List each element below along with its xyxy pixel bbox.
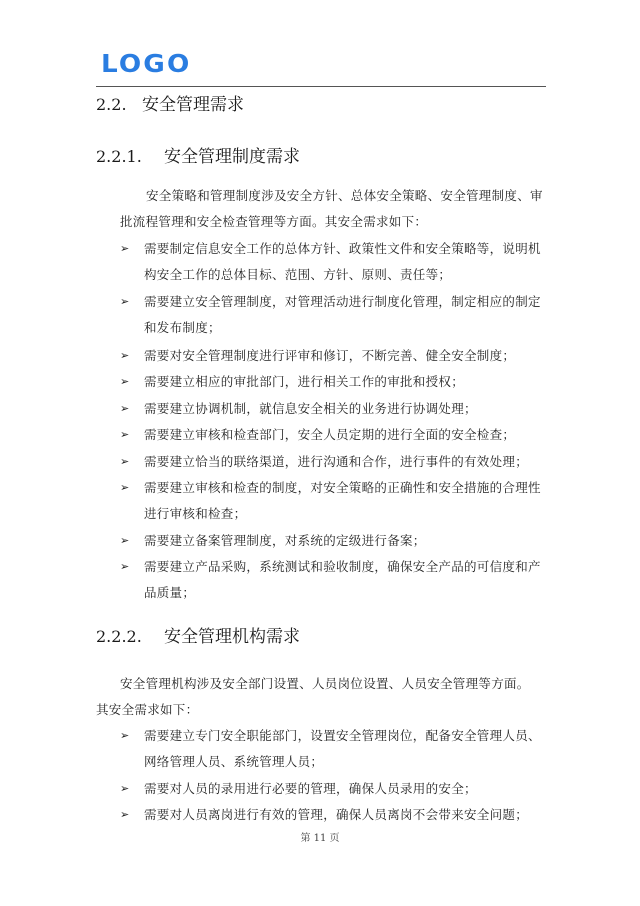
list-item-text: 需要建立恰当的联络渠道，进行沟通和合作，进行事件的有效处理； <box>120 449 550 475</box>
list-item-text: 需要建立专门安全职能部门，设置安全管理岗位，配备安全管理人员、 <box>120 723 550 749</box>
list-item-text: 品质量； <box>120 580 550 606</box>
list-item: ➢ 需要建立相应的审批部门，进行相关工作的审批和授权； <box>120 369 550 395</box>
arrow-bullet-icon: ➢ <box>120 422 130 448</box>
intro-paragraph-line: 其安全需求如下： <box>96 697 198 723</box>
subsection-title: 安全管理机构需求 <box>164 627 300 647</box>
arrow-bullet-icon: ➢ <box>120 343 130 369</box>
arrow-bullet-icon: ➢ <box>120 475 130 501</box>
list-item-text: 需要建立备案管理制度，对系统的定级进行备案； <box>120 528 550 554</box>
arrow-bullet-icon: ➢ <box>120 528 130 554</box>
arrow-bullet-icon: ➢ <box>120 723 130 749</box>
list-item: ➢ 需要建立备案管理制度，对系统的定级进行备案； <box>120 528 550 554</box>
arrow-bullet-icon: ➢ <box>120 369 130 395</box>
section-number: 2.2. <box>96 93 142 117</box>
arrow-bullet-icon: ➢ <box>120 396 130 422</box>
arrow-bullet-icon: ➢ <box>120 554 130 580</box>
arrow-bullet-icon: ➢ <box>120 776 130 802</box>
list-item: ➢ 需要建立协调机制，就信息安全相关的业务进行协调处理； <box>120 396 550 422</box>
arrow-bullet-icon: ➢ <box>120 236 130 262</box>
list-item-text: 构安全工作的总体目标、范围、方针、原则、责任等； <box>120 262 550 288</box>
subsection-heading-1: 2.2.1.安全管理制度需求 <box>96 145 300 169</box>
list-item-text: 进行审核和检查； <box>120 501 550 527</box>
list-item-text: 需要建立相应的审批部门，进行相关工作的审批和授权； <box>120 369 550 395</box>
list-item: ➢ 需要建立专门安全职能部门，设置安全管理岗位，配备安全管理人员、 网络管理人员… <box>120 723 550 775</box>
arrow-bullet-icon: ➢ <box>120 449 130 475</box>
list-item: ➢ 需要建立审核和检查的制度，对安全策略的正确性和安全措施的合理性 进行审核和检… <box>120 475 550 527</box>
list-item: ➢ 需要对人员离岗进行有效的管理，确保人员离岗不会带来安全问题； <box>120 802 550 828</box>
section-heading: 2.2.安全管理需求 <box>96 93 244 117</box>
list-item: ➢ 需要建立安全管理制度，对管理活动进行制度化管理，制定相应的制定 和发布制度； <box>120 289 550 341</box>
list-item-text: 网络管理人员、系统管理人员； <box>120 749 550 775</box>
logo: LOGO <box>101 50 191 78</box>
subsection-number: 2.2.1. <box>96 145 164 169</box>
subsection-title: 安全管理制度需求 <box>164 147 300 167</box>
list-item: ➢ 需要制定信息安全工作的总体方针、政策性文件和安全策略等，说明机 构安全工作的… <box>120 236 550 288</box>
intro-paragraph-line: 安全策略和管理制度涉及安全方针、总体安全策略、安全管理制度、审 <box>146 183 543 209</box>
intro-paragraph-line: 安全管理机构涉及安全部门设置、人员岗位设置、人员安全管理等方面。 <box>120 671 530 697</box>
subsection-number: 2.2.2. <box>96 625 164 649</box>
list-item-text: 需要对人员离岗进行有效的管理，确保人员离岗不会带来安全问题； <box>120 802 550 828</box>
list-item: ➢ 需要对人员的录用进行必要的管理，确保人员录用的安全； <box>120 776 550 802</box>
section-title: 安全管理需求 <box>142 95 244 115</box>
list-item-text: 需要建立产品采购，系统测试和验收制度，确保安全产品的可信度和产 <box>120 554 550 580</box>
arrow-bullet-icon: ➢ <box>120 289 130 315</box>
list-item-text: 需要建立协调机制，就信息安全相关的业务进行协调处理； <box>120 396 550 422</box>
list-item-text: 需要制定信息安全工作的总体方针、政策性文件和安全策略等，说明机 <box>120 236 550 262</box>
list-item-text: 需要对人员的录用进行必要的管理，确保人员录用的安全； <box>120 776 550 802</box>
list-item-text: 需要对安全管理制度进行评审和修订，不断完善、健全安全制度； <box>120 343 550 369</box>
list-item-text: 和发布制度； <box>120 315 550 341</box>
page-number: 第 11 页 <box>0 829 640 844</box>
list-item-text: 需要建立安全管理制度，对管理活动进行制度化管理，制定相应的制定 <box>120 289 550 315</box>
list-item: ➢ 需要建立恰当的联络渠道，进行沟通和合作，进行事件的有效处理； <box>120 449 550 475</box>
list-item: ➢ 需要建立审核和检查部门，安全人员定期的进行全面的安全检查； <box>120 422 550 448</box>
list-item-text: 需要建立审核和检查的制度，对安全策略的正确性和安全措施的合理性 <box>120 475 550 501</box>
list-item-text: 需要建立审核和检查部门，安全人员定期的进行全面的安全检查； <box>120 422 550 448</box>
header-divider <box>96 86 546 87</box>
intro-paragraph-line: 批流程管理和安全检查管理等方面。其安全需求如下： <box>120 209 427 235</box>
list-item: ➢ 需要对安全管理制度进行评审和修订，不断完善、健全安全制度； <box>120 343 550 369</box>
subsection-heading-2: 2.2.2.安全管理机构需求 <box>96 625 300 649</box>
list-item: ➢ 需要建立产品采购，系统测试和验收制度，确保安全产品的可信度和产 品质量； <box>120 554 550 606</box>
arrow-bullet-icon: ➢ <box>120 802 130 828</box>
